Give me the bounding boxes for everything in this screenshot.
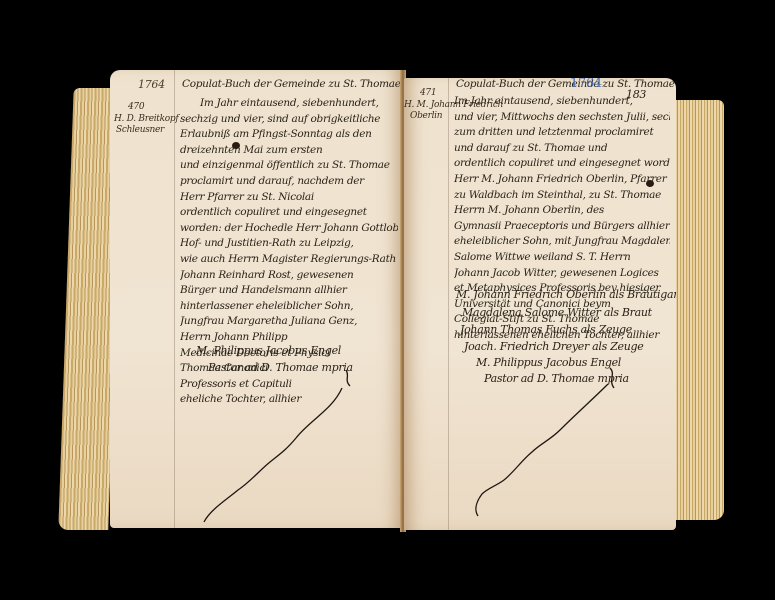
- closing-flourish-icon: [404, 78, 676, 530]
- right-page: Copulat-Buch der Gemeinde zu St. Thomae …: [404, 78, 676, 530]
- closing-flourish-icon: [110, 70, 402, 528]
- left-page: 1764 Copulat-Buch der Gemeinde zu St. Th…: [110, 70, 402, 528]
- open-book: 1764 Copulat-Buch der Gemeinde zu St. Th…: [0, 0, 775, 600]
- right-page-block-edge: [672, 100, 724, 520]
